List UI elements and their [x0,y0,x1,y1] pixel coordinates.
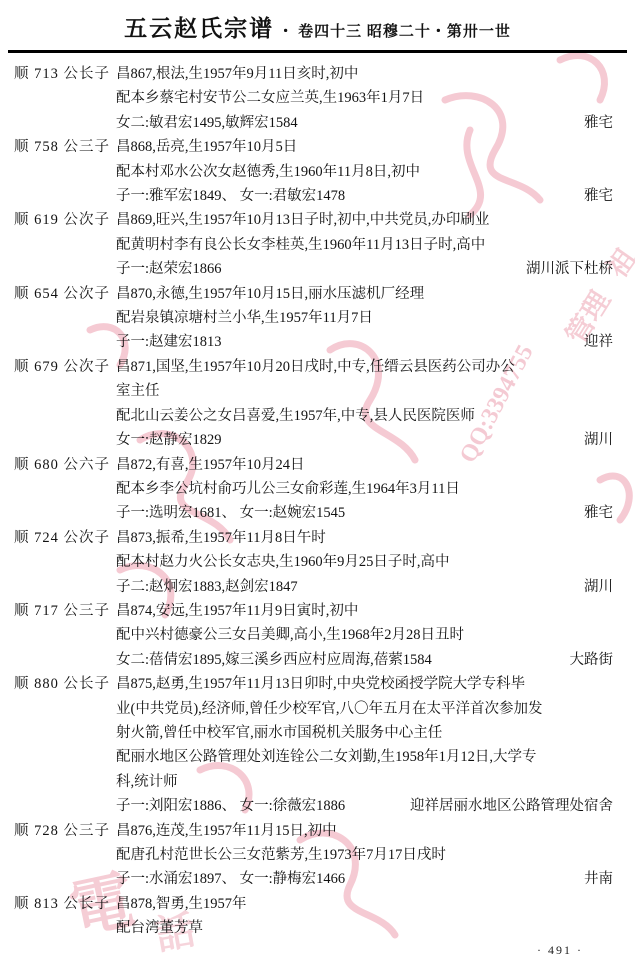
genealogy-entry: 顺 679 公次子 昌871,国坚,生1957年10月20日戌时,中专,任缙云县… [14,355,613,453]
residence-tag: 迎祥 [574,330,613,354]
entry-line-text: 配本乡蔡宅村安节公二女应兰英,生1963年1月7日 [116,86,424,110]
entry-line-text: 昌873,振希,生1957年11月8日午时 [116,526,326,550]
entry-line-text: 配本村赵力火公长女志央,生1960年9月25日子时,高中 [116,550,450,574]
entry-line-text: 昌868,岳亮,生1957年10月5日 [116,135,297,159]
entry-label: 顺 654 公次子 [14,282,116,306]
entry-line-text: 配黄明村李有良公长女李桂英,生1960年11月13日子时,高中 [116,233,485,257]
entries: 顺 713 公长子 昌867,根法,生1957年9月11日亥时,初中配本乡蔡宅村… [0,53,635,941]
entry-line: 子一:水涌宏1897、 女一:静梅宏1466井南 [116,867,613,891]
residence-tag: 湖川 [574,575,613,599]
residence-tag: 湖川 [574,428,613,452]
entry-line-text: 昌867,根法,生1957年9月11日亥时,初中 [116,62,358,86]
page-number: · 491 · [537,943,583,958]
entry-line: 昌870,永德,生1957年10月15日,丽水压滤机厂经理 [116,282,613,306]
entry-label: 顺 728 公三子 [14,819,116,843]
entry-label: 顺 724 公次子 [14,526,116,550]
entry-label: 顺 619 公次子 [14,208,116,232]
title-separator: ・ [278,24,294,40]
residence-tag: 雅宅 [574,184,613,208]
entry-line: 昌872,有喜,生1957年10月24日 [116,453,613,477]
entry-line: 业(中共党员),经济师,曾任少校军官,八〇年五月在太平洋首次参加发 [116,697,613,721]
entry-line: 昌876,连茂,生1957年11月15日,初中 [116,819,613,843]
entry-line-text: 科,统计师 [116,770,178,794]
entry-lines: 昌875,赵勇,生1957年11月13日卯时,中央党校函授学院大学专科毕业(中共… [116,672,613,818]
residence-tag: 迎祥居丽水地区公路管理处宿舍 [400,794,613,818]
entry-line: 室主任 [116,379,613,403]
entry-line-text: 射火箭,曾任中校军官,丽水市国税机关服务中心主任 [116,721,442,745]
entry-lines: 昌867,根法,生1957年9月11日亥时,初中配本乡蔡宅村安节公二女应兰英,生… [116,62,613,135]
genealogy-entry: 顺 717 公三子 昌874,安远,生1957年11月9日寅时,初中配中兴村德豪… [14,599,613,672]
entry-line: 配中兴村德豪公三女吕美卿,高小,生1968年2月28日丑时 [116,623,613,647]
entry-line-text: 配岩泉镇凉塘村兰小华,生1957年11月7日 [116,306,373,330]
entry-line-text: 女二:蓓倩宏1895,嫁三溪乡西应村应周海,蓓萦1584 [116,648,432,672]
entry-line-text: 昌871,国坚,生1957年10月20日戌时,中专,任缙云县医药公司办公 [116,355,515,379]
entry-line: 子一:赵建宏1813迎祥 [116,330,613,354]
entry-line: 子一:刘阳宏1886、 女一:徐薇宏1886迎祥居丽水地区公路管理处宿舍 [116,794,613,818]
entry-line: 配台湾董芳草 [116,916,613,940]
entry-label: 顺 679 公次子 [14,355,116,379]
genealogy-entry: 顺 713 公长子 昌867,根法,生1957年9月11日亥时,初中配本乡蔡宅村… [14,62,613,135]
residence-tag: 湖川派下杜桥 [516,257,613,281]
entry-line: 昌867,根法,生1957年9月11日亥时,初中 [116,62,613,86]
entry-line: 子二:赵炯宏1883,赵剑宏1847湖川 [116,575,613,599]
entry-line-text: 女一:赵静宏1829 [116,428,222,452]
genealogy-entry: 顺 758 公三子 昌868,岳亮,生1957年10月5日配本村邓水公次女赵德秀… [14,135,613,208]
entry-line: 子一:选明宏1681、 女一:赵婉宏1545雅宅 [116,501,613,525]
entry-lines: 昌872,有喜,生1957年10月24日配本乡李公坑村俞巧儿公三女俞彩莲,生19… [116,453,613,526]
entry-line: 昌868,岳亮,生1957年10月5日 [116,135,613,159]
entry-line: 女二:敏君宏1495,敏辉宏1584雅宅 [116,111,613,135]
genealogy-entry: 顺 654 公次子 昌870,永德,生1957年10月15日,丽水压滤机厂经理配… [14,282,613,355]
entry-line-text: 配台湾董芳草 [116,916,203,940]
entry-lines: 昌876,连茂,生1957年11月15日,初中配唐孔村范世长公三女范紫芳,生19… [116,819,613,892]
entry-line-text: 配唐孔村范世长公三女范紫芳,生1973年7月17日戌时 [116,843,446,867]
entry-line-text: 室主任 [116,379,160,403]
entry-line-text: 昌875,赵勇,生1957年11月13日卯时,中央党校函授学院大学专科毕 [116,672,525,696]
entry-label: 顺 880 公长子 [14,672,116,696]
entry-label: 顺 717 公三子 [14,599,116,623]
entry-line-text: 配本村邓水公次女赵德秀,生1960年11月8日,初中 [116,160,420,184]
residence-tag: 雅宅 [574,501,613,525]
entry-line: 配本乡蔡宅村安节公二女应兰英,生1963年1月7日 [116,86,613,110]
entry-line-text: 子一:赵建宏1813 [116,330,222,354]
residence-tag: 雅宅 [574,111,613,135]
entry-line: 配本乡李公坑村俞巧儿公三女俞彩莲,生1964年3月11日 [116,477,613,501]
entry-label: 顺 713 公长子 [14,62,116,86]
genealogy-entry: 顺 728 公三子 昌876,连茂,生1957年11月15日,初中配唐孔村范世长… [14,819,613,892]
entry-line: 子一:雅军宏1849、 女一:君敏宏1478雅宅 [116,184,613,208]
entry-label: 顺 758 公三子 [14,135,116,159]
genealogy-entry: 顺 619 公次子 昌869,旺兴,生1957年10月13日子时,初中,中共党员… [14,208,613,281]
genealogy-page: 五云赵氏宗谱 ・ 卷四十三 昭穆二十・第卅一世 顺 713 公长子 昌867,根… [0,0,635,968]
entry-line: 女二:蓓倩宏1895,嫁三溪乡西应村应周海,蓓萦1584大路街 [116,648,613,672]
entry-label: 顺 813 公长子 [14,892,116,916]
entry-line-text: 子一:雅军宏1849、 女一:君敏宏1478 [116,184,345,208]
entry-line-text: 业(中共党员),经济师,曾任少校军官,八〇年五月在太平洋首次参加发 [116,697,543,721]
residence-tag: 大路街 [560,648,614,672]
entry-label: 顺 680 公六子 [14,453,116,477]
entry-line-text: 子二:赵炯宏1883,赵剑宏1847 [116,575,298,599]
entry-line-text: 昌878,智勇,生1957年 [116,892,247,916]
entry-line-text: 配本乡李公坑村俞巧儿公三女俞彩莲,生1964年3月11日 [116,477,460,501]
genealogy-entry: 顺 880 公长子 昌875,赵勇,生1957年11月13日卯时,中央党校函授学… [14,672,613,818]
entry-line: 子一:赵荣宏1866湖川派下杜桥 [116,257,613,281]
entry-lines: 昌870,永德,生1957年10月15日,丽水压滤机厂经理配岩泉镇凉塘村兰小华,… [116,282,613,355]
entry-line: 射火箭,曾任中校军官,丽水市国税机关服务中心主任 [116,721,613,745]
entry-line: 昌874,安远,生1957年11月9日寅时,初中 [116,599,613,623]
entry-line: 女一:赵静宏1829湖川 [116,428,613,452]
entry-line: 昌869,旺兴,生1957年10月13日子时,初中,中共党员,办印刷业 [116,208,613,232]
book-title: 五云赵氏宗谱 [124,16,274,41]
volume-subtitle: 卷四十三 昭穆二十・第卅一世 [298,24,511,40]
entry-line-text: 子一:刘阳宏1886、 女一:徐薇宏1886 [116,794,345,818]
entry-line-text: 昌869,旺兴,生1957年10月13日子时,初中,中共党员,办印刷业 [116,208,489,232]
entry-line-text: 昌870,永德,生1957年10月15日,丽水压滤机厂经理 [116,282,424,306]
entry-line: 昌878,智勇,生1957年 [116,892,613,916]
page-header: 五云赵氏宗谱 ・ 卷四十三 昭穆二十・第卅一世 [0,0,635,43]
entry-line-text: 女二:敏君宏1495,敏辉宏1584 [116,111,298,135]
entry-line-text: 配中兴村德豪公三女吕美卿,高小,生1968年2月28日丑时 [116,623,464,647]
entry-line: 配丽水地区公路管理处刘连铨公二女刘勤,生1958年1月12日,大学专 [116,745,613,769]
entry-line-text: 昌872,有喜,生1957年10月24日 [116,453,305,477]
genealogy-entry: 顺 724 公次子 昌873,振希,生1957年11月8日午时配本村赵力火公长女… [14,526,613,599]
entry-lines: 昌871,国坚,生1957年10月20日戌时,中专,任缙云县医药公司办公室主任配… [116,355,613,453]
entry-line: 配岩泉镇凉塘村兰小华,生1957年11月7日 [116,306,613,330]
entry-line-text: 子一:选明宏1681、 女一:赵婉宏1545 [116,501,345,525]
entry-lines: 昌873,振希,生1957年11月8日午时配本村赵力火公长女志央,生1960年9… [116,526,613,599]
entry-line-text: 配丽水地区公路管理处刘连铨公二女刘勤,生1958年1月12日,大学专 [116,745,537,769]
entry-line: 配唐孔村范世长公三女范紫芳,生1973年7月17日戌时 [116,843,613,867]
entry-lines: 昌878,智勇,生1957年配台湾董芳草 [116,892,613,941]
entry-line: 配本村邓水公次女赵德秀,生1960年11月8日,初中 [116,160,613,184]
entry-line: 配黄明村李有良公长女李桂英,生1960年11月13日子时,高中 [116,233,613,257]
entry-line: 昌871,国坚,生1957年10月20日戌时,中专,任缙云县医药公司办公 [116,355,613,379]
entry-line-text: 昌876,连茂,生1957年11月15日,初中 [116,819,337,843]
entry-lines: 昌868,岳亮,生1957年10月5日配本村邓水公次女赵德秀,生1960年11月… [116,135,613,208]
entry-line-text: 昌874,安远,生1957年11月9日寅时,初中 [116,599,358,623]
genealogy-entry: 顺 680 公六子 昌872,有喜,生1957年10月24日配本乡李公坑村俞巧儿… [14,453,613,526]
entry-line: 配本村赵力火公长女志央,生1960年9月25日子时,高中 [116,550,613,574]
entry-lines: 昌869,旺兴,生1957年10月13日子时,初中,中共党员,办印刷业配黄明村李… [116,208,613,281]
entry-line: 昌873,振希,生1957年11月8日午时 [116,526,613,550]
residence-tag: 井南 [574,867,613,891]
entry-line-text: 子一:赵荣宏1866 [116,257,222,281]
entry-lines: 昌874,安远,生1957年11月9日寅时,初中配中兴村德豪公三女吕美卿,高小,… [116,599,613,672]
entry-line-text: 配北山云姜公之女吕喜爱,生1957年,中专,县人民医院医师 [116,404,475,428]
genealogy-entry: 顺 813 公长子 昌878,智勇,生1957年配台湾董芳草 [14,892,613,941]
entry-line: 配北山云姜公之女吕喜爱,生1957年,中专,县人民医院医师 [116,404,613,428]
entry-line: 昌875,赵勇,生1957年11月13日卯时,中央党校函授学院大学专科毕 [116,672,613,696]
entry-line-text: 子一:水涌宏1897、 女一:静梅宏1466 [116,867,345,891]
entry-line: 科,统计师 [116,770,613,794]
